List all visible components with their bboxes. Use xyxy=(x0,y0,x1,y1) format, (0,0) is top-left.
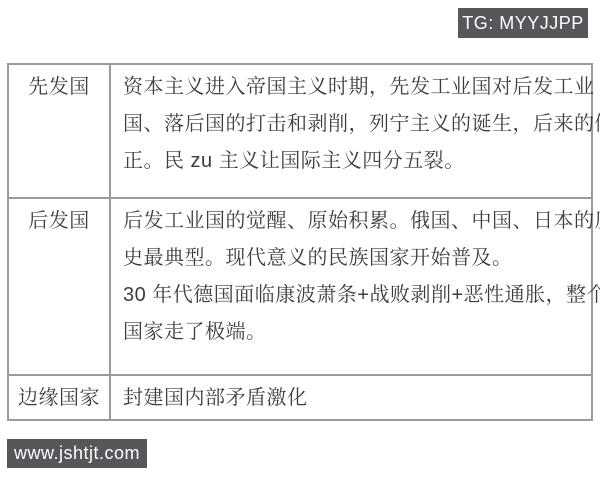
text-line: 正。民 zu 主义让国际主义四分五裂。 xyxy=(123,143,583,180)
text-line: 封建国内部矛盾激化 xyxy=(123,380,583,417)
text-line: 国家走了极端。 xyxy=(123,314,583,351)
text-line: 30 年代德国面临康波萧条+战败剥削+恶性通胀，整个 xyxy=(123,277,583,314)
text-line: 国、落后国的打击和剥削，列宁主义的诞生，后来的修 xyxy=(123,106,583,143)
table-row: 后发国 后发工业国的觉醒、原始积累。俄国、中国、日本的历 史最典型。现代意义的民… xyxy=(8,198,592,375)
website-watermark-badge: www.jshtjt.com xyxy=(7,439,147,468)
table-row: 先发国 资本主义进入帝国主义时期，先发工业国对后发工业 国、落后国的打击和剥削，… xyxy=(8,64,592,198)
row-content-cell: 资本主义进入帝国主义时期，先发工业国对后发工业 国、落后国的打击和剥削，列宁主义… xyxy=(110,64,592,198)
text-line: 史最典型。现代意义的民族国家开始普及。 xyxy=(123,240,583,277)
row-label-cell: 边缘国家 xyxy=(8,375,110,420)
comparison-table: 先发国 资本主义进入帝国主义时期，先发工业国对后发工业 国、落后国的打击和剥削，… xyxy=(7,63,593,421)
text-line: 资本主义进入帝国主义时期，先发工业国对后发工业 xyxy=(123,69,583,106)
row-label-cell: 先发国 xyxy=(8,64,110,198)
telegram-watermark-badge: TG: MYYJJPP xyxy=(458,8,588,38)
table-row: 边缘国家 封建国内部矛盾激化 xyxy=(8,375,592,420)
row-content-cell: 封建国内部矛盾激化 xyxy=(110,375,592,420)
text-line: 后发工业国的觉醒、原始积累。俄国、中国、日本的历 xyxy=(123,203,583,240)
row-content-cell: 后发工业国的觉醒、原始积累。俄国、中国、日本的历 史最典型。现代意义的民族国家开… xyxy=(110,198,592,375)
row-label-cell: 后发国 xyxy=(8,198,110,375)
